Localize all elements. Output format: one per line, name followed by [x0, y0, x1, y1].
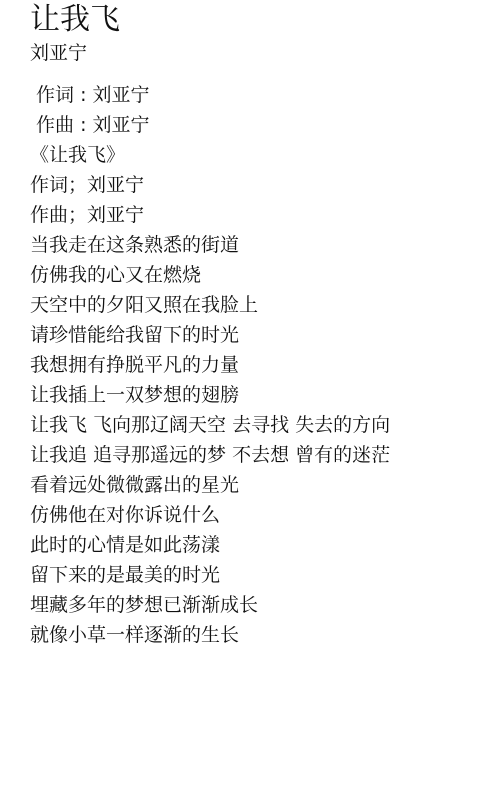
lyric-line: 仿佛我的心又在燃烧	[30, 260, 500, 290]
lyric-line: 我想拥有挣脱平凡的力量	[30, 350, 500, 380]
lyric-line: 让我飞 飞向那辽阔天空 去寻找 失去的方向	[30, 410, 500, 440]
lyric-line: 作词 : 刘亚宁	[30, 80, 500, 110]
lyrics-body: 作词 : 刘亚宁 作曲 : 刘亚宁 《让我飞》 作词；刘亚宁 作曲；刘亚宁 当我…	[30, 80, 500, 650]
lyric-line: 作词；刘亚宁	[30, 170, 500, 200]
lyric-line: 就像小草一样逐渐的生长	[30, 620, 500, 650]
lyric-line: 当我走在这条熟悉的街道	[30, 230, 500, 260]
lyric-line: 请珍惜能给我留下的时光	[30, 320, 500, 350]
lyric-line: 让我插上一双梦想的翅膀	[30, 380, 500, 410]
lyric-line: 仿佛他在对你诉说什么	[30, 500, 500, 530]
song-title: 让我飞	[30, 2, 500, 38]
lyric-line: 作曲；刘亚宁	[30, 200, 500, 230]
lyric-line: 埋藏多年的梦想已渐渐成长	[30, 590, 500, 620]
lyrics-page: 让我飞 刘亚宁 作词 : 刘亚宁 作曲 : 刘亚宁 《让我飞》 作词；刘亚宁 作…	[30, 0, 500, 650]
lyric-line: 留下来的是最美的时光	[30, 560, 500, 590]
lyric-line: 让我追 追寻那遥远的梦 不去想 曾有的迷茫	[30, 440, 500, 470]
lyric-line: 天空中的夕阳又照在我脸上	[30, 290, 500, 320]
lyric-line: 《让我飞》	[30, 140, 500, 170]
lyric-line: 作曲 : 刘亚宁	[30, 110, 500, 140]
song-artist: 刘亚宁	[30, 40, 500, 66]
lyric-line: 看着远处微微露出的星光	[30, 470, 500, 500]
lyric-line: 此时的心情是如此荡漾	[30, 530, 500, 560]
